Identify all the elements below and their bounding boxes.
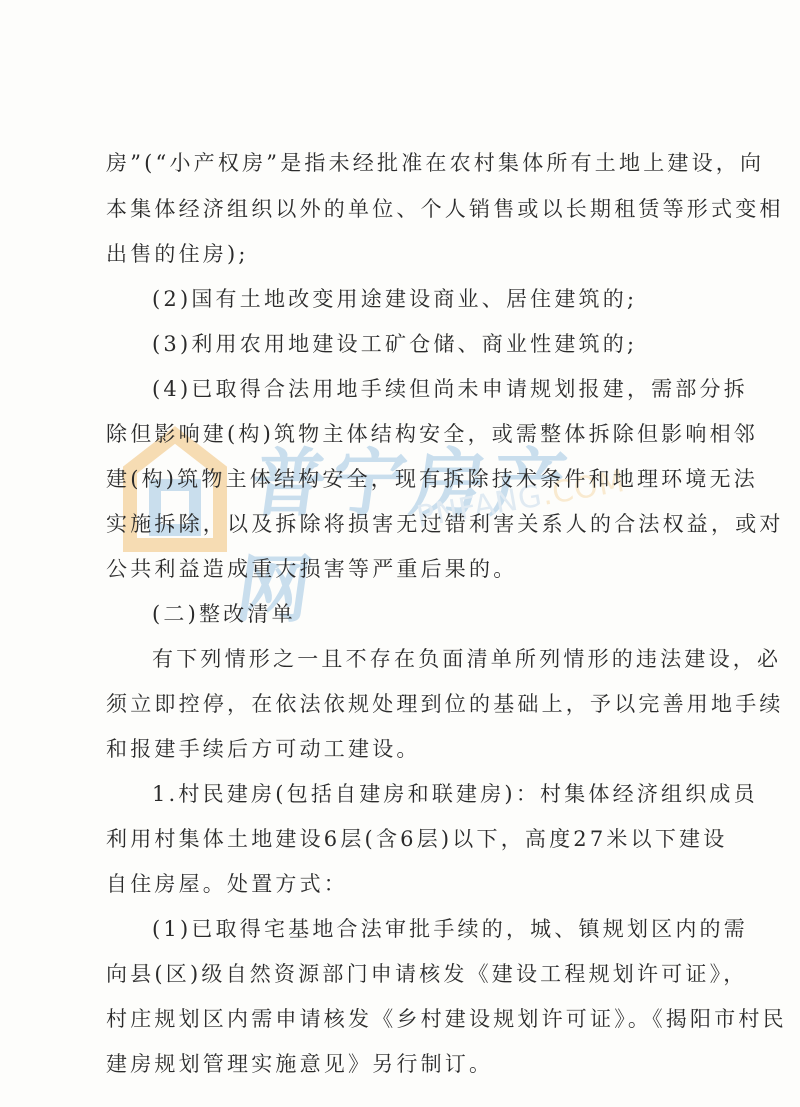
list-item: (4)已取得合法用地手续但尚未申请规划报建，需部分拆 [152,376,762,402]
text-line: 实施拆除，以及拆除将损害无过错利害关系人的合法权益，或对 [106,511,716,537]
text-line: 除但影响建(构)筑物主体结构安全，或需整体拆除但影响相邻 [106,421,716,447]
list-item: (2)国有土地改变用途建设商业、居住建筑的; [152,286,762,312]
text-line: 和报建手续后方可动工建设。 [106,736,716,762]
text-line: 须立即控停，在依法依规处理到位的基础上，予以完善用地手续 [106,691,716,717]
text-line: 出售的住房); [106,241,716,267]
numbered-item: 1.村民建房(包括自建房和联建房)：村集体经济组织成员 [152,781,762,807]
text-line: 公共利益造成重大损害等严重后果的。 [106,556,716,582]
text-line: 自住房屋。处置方式： [106,871,716,897]
list-item: (3)利用农用地建设工矿仓储、商业性建筑的; [152,331,762,357]
section-heading: (二)整改清单 [152,601,762,627]
text-line: 建(构)筑物主体结构安全，现有拆除技术条件和地理环境无法 [106,466,716,492]
list-item: (1)已取得宅基地合法审批手续的，城、镇规划区内的需 [152,916,762,942]
text-line: 本集体经济组织以外的单位、个人销售或以长期租赁等形式变相 [106,196,716,222]
text-line: 房”(“小产权房”是指未经批准在农村集体所有土地上建设，向 [106,150,716,176]
text-line: 建房规划管理实施意见》另行制订。 [106,1051,716,1077]
text-line: 有下列情形之一且不存在负面清单所列情形的违法建设，必 [152,646,762,672]
document-page: 普宁房产网 PNFANG.COM 房”(“小产权房”是指未经批准在农村集体所有土… [0,0,800,1107]
text-line: 村庄规划区内需申请核发《乡村建设规划许可证》。《揭阳市村民 [106,1006,716,1032]
text-line: 利用村集体土地建设6层(含6层)以下，高度27米以下建设 [106,826,716,852]
text-line: 向县(区)级自然资源部门申请核发《建设工程规划许可证》， [106,961,716,987]
